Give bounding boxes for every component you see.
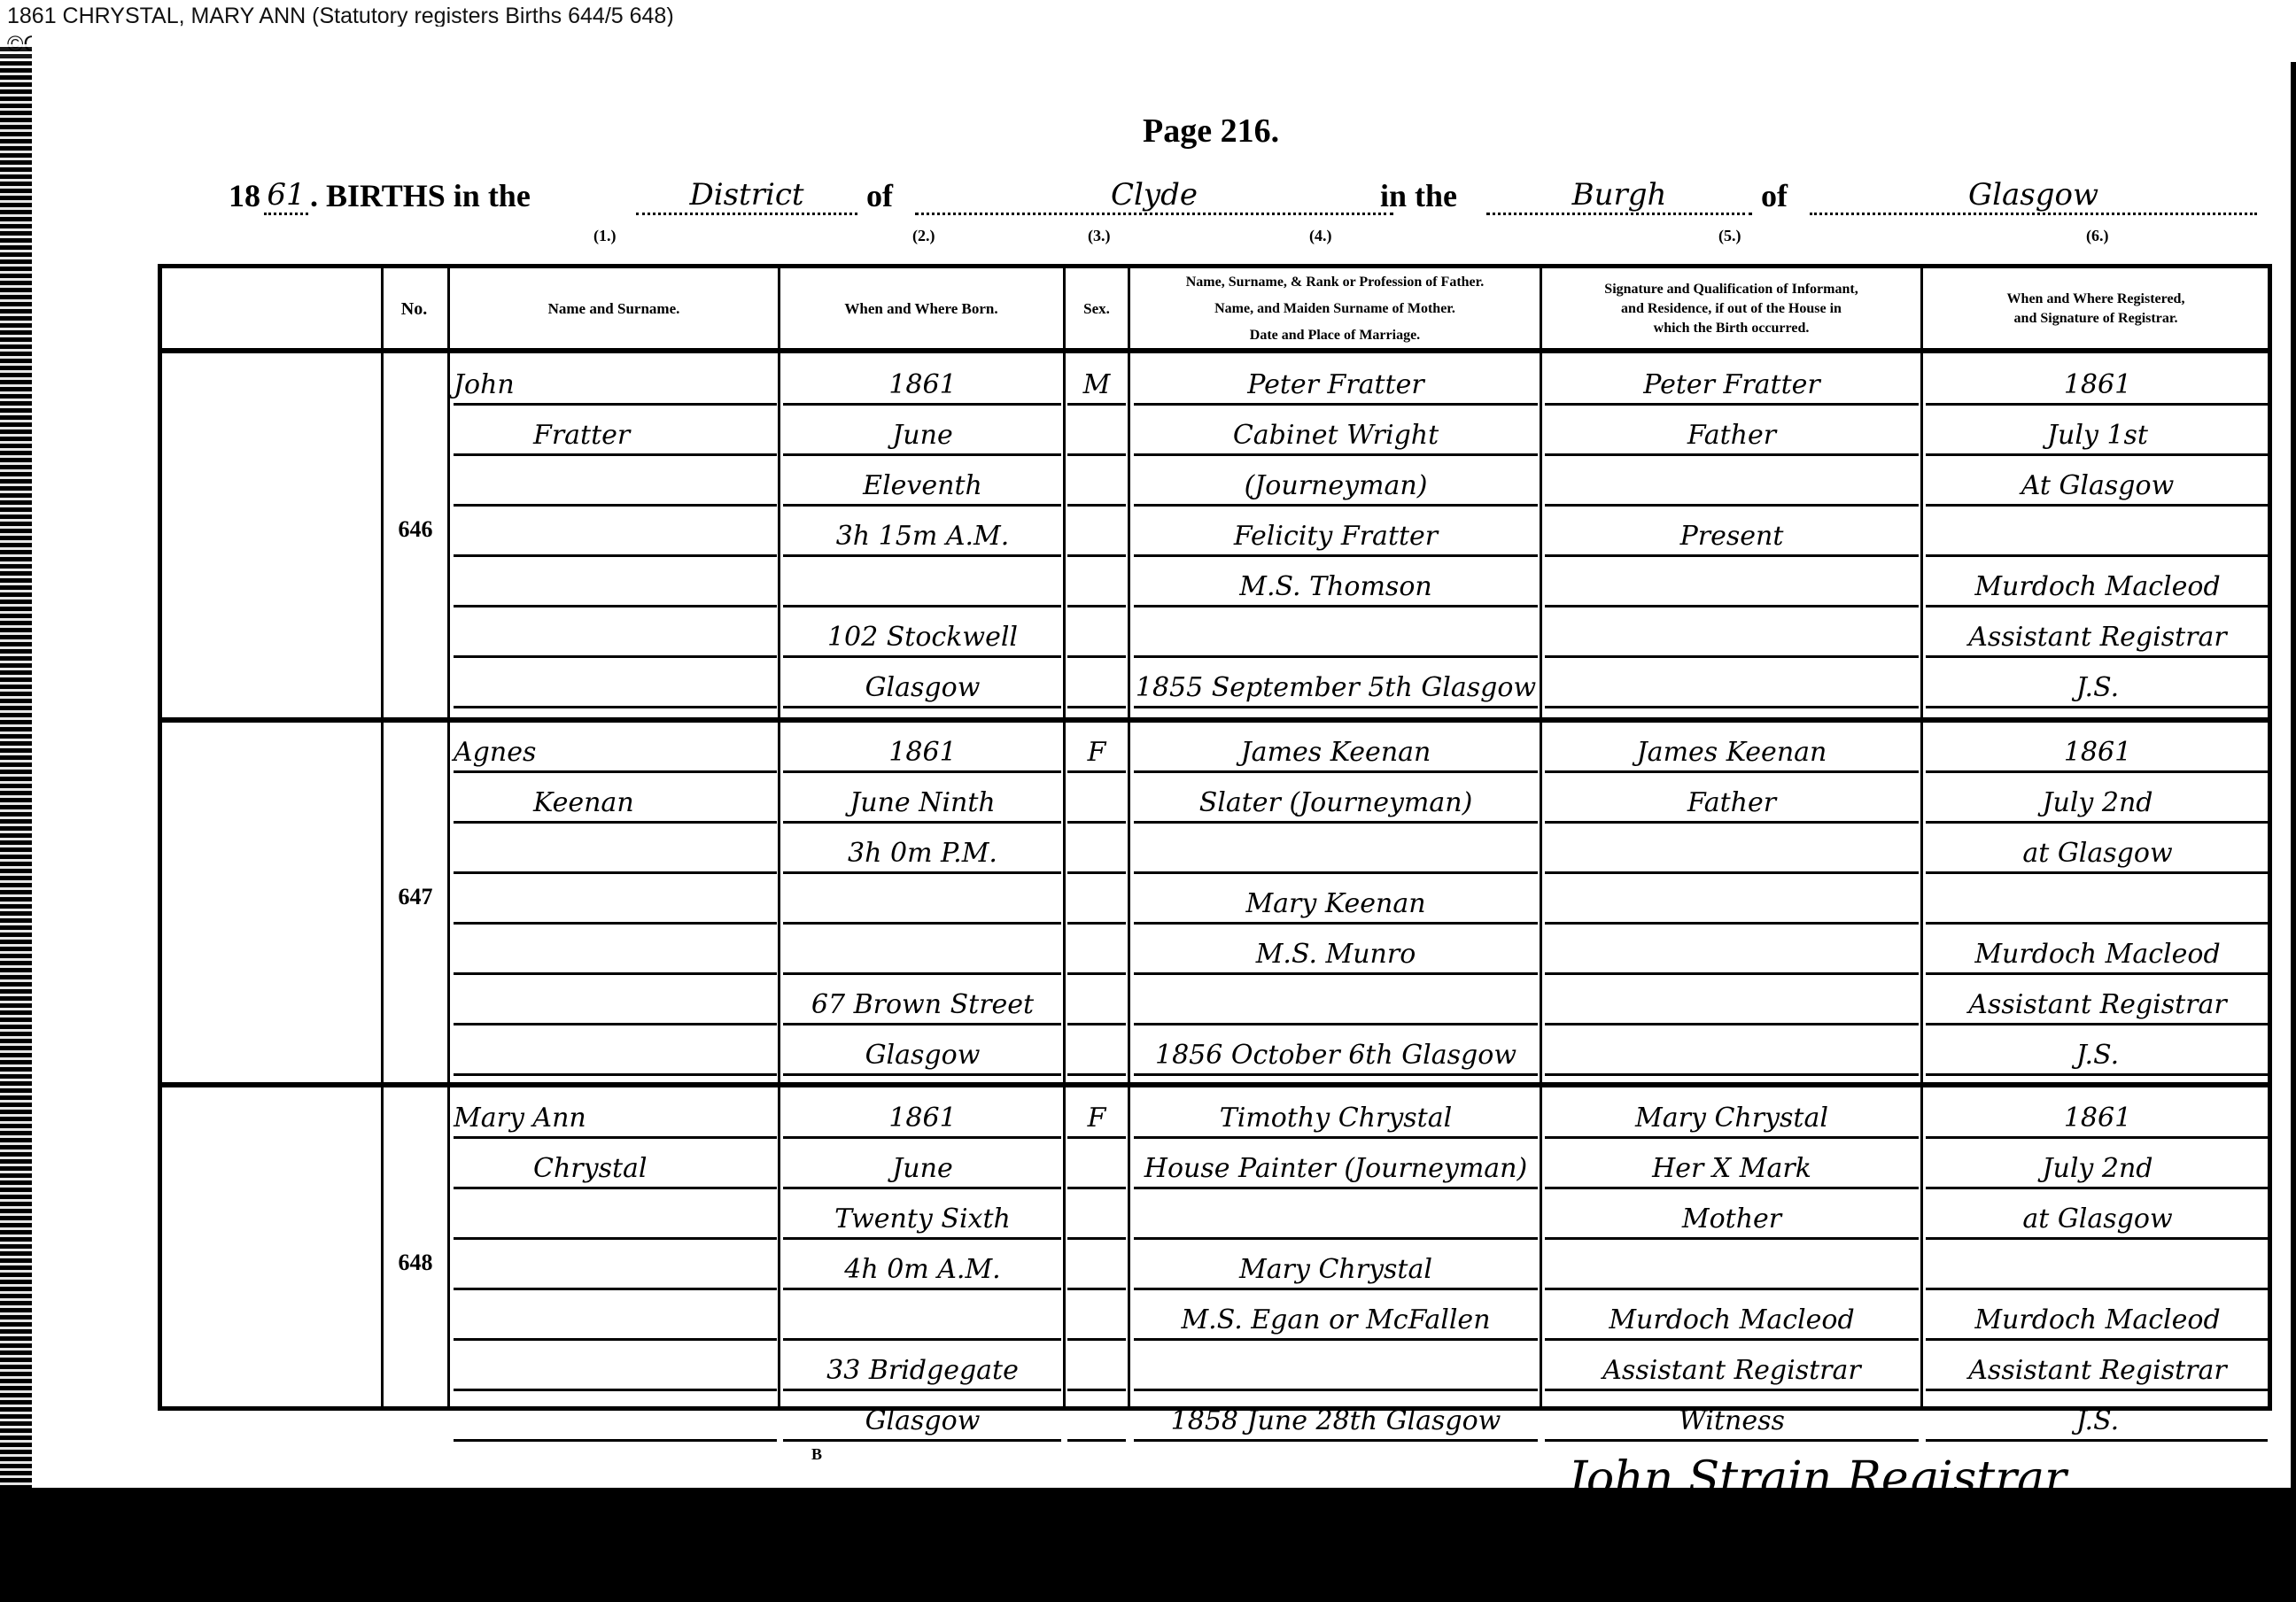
ruled-line [1134, 403, 1538, 406]
informant-detail: Father [1545, 788, 1919, 818]
informant-detail: Peter Fratter [1545, 370, 1919, 400]
of-label-1: of [866, 177, 893, 214]
ruled-line [1134, 1389, 1538, 1391]
ruled-line [1926, 922, 2268, 925]
parents-detail: Timothy Chrystal [1134, 1103, 1538, 1134]
ruled-line [783, 504, 1061, 507]
ruled-line [783, 1338, 1061, 1341]
birth-when-where: 1861 [783, 738, 1062, 768]
ruled-line [1926, 403, 2268, 406]
birth-when-where: Glasgow [783, 673, 1062, 703]
ruled-line [1067, 1237, 1126, 1240]
ruled-line [1926, 1288, 2268, 1290]
ruled-line [1134, 554, 1538, 557]
ruled-line [454, 504, 777, 507]
informant-detail: Father [1545, 421, 1919, 451]
registration-detail: Assistant Registrar [1926, 1356, 2269, 1386]
ruled-line [454, 871, 777, 874]
registration-detail: Assistant Registrar [1926, 990, 2269, 1020]
ruled-line [1926, 1389, 2268, 1391]
column-number: (4.) [1309, 227, 1332, 245]
entry-number: 647 [381, 884, 450, 910]
ruled-line [783, 1237, 1061, 1240]
header-registered: When and Where Registered, and Signature… [1923, 270, 2269, 348]
header-line: Name, Surname, & Rank or Profession of F… [1186, 273, 1485, 292]
header-line: Signature and Qualification of Informant… [1604, 280, 1858, 299]
column-divider [447, 264, 450, 1411]
ruled-line [1545, 605, 1919, 608]
ruled-line [1134, 1288, 1538, 1290]
ruled-line [454, 972, 777, 975]
ruled-line [454, 554, 777, 557]
column-divider [1540, 264, 1542, 1411]
place-name: Glasgow [1810, 177, 2257, 215]
ruled-line [1545, 1073, 1919, 1076]
ruled-line [1926, 706, 2268, 708]
parents-detail: M.S. Egan or McFallen [1134, 1305, 1538, 1335]
header-sex: Sex. [1066, 270, 1128, 348]
ruled-line [1067, 605, 1126, 608]
ruled-line [1067, 1338, 1126, 1341]
entry-divider [158, 717, 2272, 723]
ruled-line [1545, 1338, 1919, 1341]
parents-detail: M.S. Munro [1134, 940, 1538, 970]
ruled-line [783, 770, 1061, 773]
ruled-line [1134, 821, 1538, 824]
ruled-line [783, 1187, 1061, 1189]
informant-detail: James Keenan [1545, 738, 1919, 768]
ruled-line [1545, 554, 1919, 557]
parents-detail: 1858 June 28th Glasgow [1134, 1406, 1538, 1436]
header-informant: Signature and Qualification of Informant… [1542, 270, 1920, 348]
ruled-line [1067, 770, 1126, 773]
ruled-line [1545, 1023, 1919, 1025]
registration-detail: Murdoch Macleod [1926, 1305, 2269, 1335]
ruled-line [1545, 1136, 1919, 1139]
ruled-line [1926, 1187, 2268, 1189]
registration-detail: J.S. [1926, 673, 2269, 703]
ruled-line [783, 706, 1061, 708]
ruled-line [1134, 655, 1538, 658]
header-parents: Name, Surname, & Rank or Profession of F… [1130, 270, 1540, 348]
registration-detail: at Glasgow [1926, 1204, 2269, 1234]
ruled-line [783, 922, 1061, 925]
page-number: Page 216. [1143, 112, 1279, 151]
ruled-line [1067, 403, 1126, 406]
ruled-line [783, 1288, 1061, 1290]
ruled-line [1067, 1288, 1126, 1290]
informant-detail: Murdoch Macleod [1545, 1305, 1919, 1335]
ruled-line [1067, 655, 1126, 658]
ruled-line [1134, 1187, 1538, 1189]
birth-when-where: 1861 [783, 1103, 1062, 1134]
ruled-line [1134, 871, 1538, 874]
parents-detail: M.S. Thomson [1134, 572, 1538, 602]
ruled-line [1545, 1288, 1919, 1290]
ruled-line [783, 453, 1061, 456]
ruled-line [1067, 706, 1126, 708]
parents-detail: House Painter (Journeyman) [1134, 1154, 1538, 1184]
registration-detail: at Glasgow [1926, 839, 2269, 869]
ruled-line [1134, 770, 1538, 773]
ruled-line [1067, 1073, 1126, 1076]
column-divider [1128, 264, 1130, 1411]
column-number: (3.) [1088, 227, 1111, 245]
sex-value: M [1067, 370, 1126, 400]
ruled-line [1134, 1136, 1538, 1139]
ruled-line [454, 605, 777, 608]
page-edge [0, 44, 32, 1488]
ruled-line [454, 821, 777, 824]
ruled-line [1067, 1187, 1126, 1189]
ruled-line [1926, 1023, 2268, 1025]
ruled-line [1926, 972, 2268, 975]
in-the-label: in the [1380, 177, 1457, 214]
birth-when-where: 1861 [783, 370, 1062, 400]
ruled-line [1067, 1439, 1126, 1442]
ruled-line [454, 770, 777, 773]
birth-when-where: 33 Bridgegate [783, 1356, 1062, 1386]
informant-detail: Mary Chrystal [1545, 1103, 1919, 1134]
ruled-line [1926, 1237, 2268, 1240]
place-type: Burgh [1486, 177, 1752, 215]
ruled-line [1926, 605, 2268, 608]
ruled-line [1067, 504, 1126, 507]
ruled-line [1067, 1389, 1126, 1391]
registrar-signature: John Strain Registrar [1568, 1452, 2067, 1505]
ruled-line [454, 403, 777, 406]
of-label-2: of [1761, 177, 1788, 214]
birth-when-where: Glasgow [783, 1041, 1062, 1071]
year-prefix: 18 [229, 177, 260, 214]
ruled-line [1134, 1023, 1538, 1025]
ruled-line [454, 1136, 777, 1139]
ruled-line [1067, 972, 1126, 975]
informant-detail: Her X Mark [1545, 1154, 1919, 1184]
parents-detail: Mary Keenan [1134, 889, 1538, 919]
ruled-line [1926, 1439, 2268, 1442]
birth-when-where: 3h 15m A.M. [783, 522, 1062, 552]
parents-detail: James Keenan [1134, 738, 1538, 768]
ruled-line [454, 1023, 777, 1025]
ruled-line [783, 1439, 1061, 1442]
footer-mark: B [811, 1445, 822, 1464]
informant-detail: Mother [1545, 1204, 1919, 1234]
year-suffix: 61 [264, 177, 308, 215]
births-label: . BIRTHS in the [310, 177, 531, 214]
ruled-line [454, 655, 777, 658]
birth-when-where: June Ninth [783, 788, 1062, 818]
ruled-line [1545, 770, 1919, 773]
registration-detail: 1861 [1926, 1103, 2269, 1134]
ruled-line [1134, 605, 1538, 608]
column-divider [1920, 264, 1923, 1411]
parents-detail: (Journeyman) [1134, 471, 1538, 501]
registration-detail: July 2nd [1926, 788, 2269, 818]
registration-detail: J.S. [1926, 1406, 2269, 1436]
ruled-line [454, 1237, 777, 1240]
child-name: Agnes [454, 738, 777, 768]
birth-when-where: Twenty Sixth [783, 1204, 1062, 1234]
ruled-line [783, 403, 1061, 406]
ruled-line [1926, 655, 2268, 658]
division-type: District [636, 177, 857, 215]
column-number: (5.) [1718, 227, 1741, 245]
ruled-line [1926, 1136, 2268, 1139]
ruled-line [1134, 922, 1538, 925]
ruled-line [1134, 453, 1538, 456]
registration-detail: J.S. [1926, 1041, 2269, 1071]
ruled-line [1134, 706, 1538, 708]
ruled-line [1926, 770, 2268, 773]
registration-detail: Assistant Registrar [1926, 623, 2269, 653]
header-line: When and Where Registered, [2007, 290, 2185, 309]
ruled-line [1926, 1338, 2268, 1341]
column-divider [381, 264, 384, 1411]
ruled-line [1134, 1237, 1538, 1240]
header-line: and Signature of Registrar. [2014, 309, 2178, 329]
ruled-line [783, 605, 1061, 608]
ruled-line [783, 1023, 1061, 1025]
ruled-line [1545, 821, 1919, 824]
entry-number: 648 [381, 1250, 450, 1276]
ruled-line [1545, 706, 1919, 708]
ruled-line [1545, 453, 1919, 456]
ruled-line [1134, 504, 1538, 507]
ruled-line [1134, 1073, 1538, 1076]
ruled-line [1926, 821, 2268, 824]
ruled-line [454, 1439, 777, 1442]
ruled-line [454, 1187, 777, 1189]
ruled-line [1067, 922, 1126, 925]
ruled-line [1134, 1439, 1538, 1442]
birth-when-where: 4h 0m A.M. [783, 1255, 1062, 1285]
ruled-line [1545, 871, 1919, 874]
registration-detail: 1861 [1926, 738, 2269, 768]
ruled-line [454, 1073, 777, 1076]
header-name: Name and Surname. [450, 270, 778, 348]
registration-detail: July 2nd [1926, 1154, 2269, 1184]
birth-when-where: Eleventh [783, 471, 1062, 501]
register-heading: 18 61 . BIRTHS in the District of Clyde … [229, 177, 2266, 221]
ruled-line [1067, 453, 1126, 456]
header-line: and Residence, if out of the House in [1621, 299, 1842, 319]
informant-detail: Witness [1545, 1406, 1919, 1436]
ruled-line [1067, 1136, 1126, 1139]
record-title: 1861 CHRYSTAL, MARY ANN (Statutory regis… [7, 4, 674, 29]
header-line: which the Birth occurred. [1654, 319, 1810, 338]
ruled-line [783, 1389, 1061, 1391]
ruled-line [1545, 1439, 1919, 1442]
header-divider [158, 348, 2272, 353]
ruled-line [1926, 453, 2268, 456]
ruled-line [1545, 1389, 1919, 1391]
ruled-line [1545, 922, 1919, 925]
ruled-line [1926, 1073, 2268, 1076]
ruled-line [783, 972, 1061, 975]
ruled-line [454, 453, 777, 456]
ruled-line [783, 1136, 1061, 1139]
parents-detail: Peter Fratter [1134, 370, 1538, 400]
registration-detail: 1861 [1926, 370, 2269, 400]
ruled-line [1545, 1187, 1919, 1189]
sex-value: F [1067, 1103, 1126, 1134]
header-no: No. [381, 270, 447, 348]
ruled-line [1134, 972, 1538, 975]
ruled-line [454, 1338, 777, 1341]
birth-when-where: Glasgow [783, 1406, 1062, 1436]
parents-detail: Cabinet Wright [1134, 421, 1538, 451]
column-number: (1.) [593, 227, 617, 245]
ruled-line [454, 922, 777, 925]
registration-detail: At Glasgow [1926, 471, 2269, 501]
ruled-line [1067, 821, 1126, 824]
ruled-line [1545, 972, 1919, 975]
registration-detail: July 1st [1926, 421, 2269, 451]
ruled-line [1926, 554, 2268, 557]
sex-value: F [1067, 738, 1126, 768]
ruled-line [454, 1389, 777, 1391]
ruled-line [454, 1288, 777, 1290]
birth-when-where: June [783, 1154, 1062, 1184]
child-name: John [454, 370, 777, 400]
child-name: Mary Ann [454, 1103, 777, 1134]
informant-detail: Present [1545, 522, 1919, 552]
parents-detail: 1855 September 5th Glasgow [1134, 673, 1538, 703]
division-name: Clyde [915, 177, 1393, 215]
ruled-line [1067, 871, 1126, 874]
ruled-line [783, 1073, 1061, 1076]
ruled-line [454, 706, 777, 708]
birth-when-where: 67 Brown Street [783, 990, 1062, 1020]
ruled-line [1545, 655, 1919, 658]
ruled-line [783, 871, 1061, 874]
registration-detail: Murdoch Macleod [1926, 572, 2269, 602]
ruled-line [1545, 1237, 1919, 1240]
informant-detail: Assistant Registrar [1545, 1356, 1919, 1386]
header-line: Name, and Maiden Surname of Mother. [1214, 299, 1455, 319]
entry-divider [158, 1082, 2272, 1087]
ruled-line [1545, 504, 1919, 507]
ruled-line [1545, 403, 1919, 406]
ruled-line [1067, 554, 1126, 557]
ruled-line [1926, 504, 2268, 507]
birth-when-where: 102 Stockwell [783, 623, 1062, 653]
entry-number: 646 [381, 516, 450, 543]
ruled-line [1067, 1023, 1126, 1025]
parents-detail: Slater (Journeyman) [1134, 788, 1538, 818]
parents-detail: Mary Chrystal [1134, 1255, 1538, 1285]
birth-when-where: 3h 0m P.M. [783, 839, 1062, 869]
ruled-line [783, 821, 1061, 824]
column-divider [1063, 264, 1066, 1411]
column-number: (6.) [2086, 227, 2109, 245]
header-line: Date and Place of Marriage. [1250, 326, 1420, 345]
parents-detail: Felicity Fratter [1134, 522, 1538, 552]
ruled-line [783, 655, 1061, 658]
ruled-line [1134, 1338, 1538, 1341]
column-number: (2.) [912, 227, 935, 245]
registration-detail: Murdoch Macleod [1926, 940, 2269, 970]
parents-detail: 1856 October 6th Glasgow [1134, 1041, 1538, 1071]
header-when-where: When and Where Born. [780, 270, 1063, 348]
birth-when-where: June [783, 421, 1062, 451]
ruled-line [1926, 871, 2268, 874]
ruled-line [783, 554, 1061, 557]
